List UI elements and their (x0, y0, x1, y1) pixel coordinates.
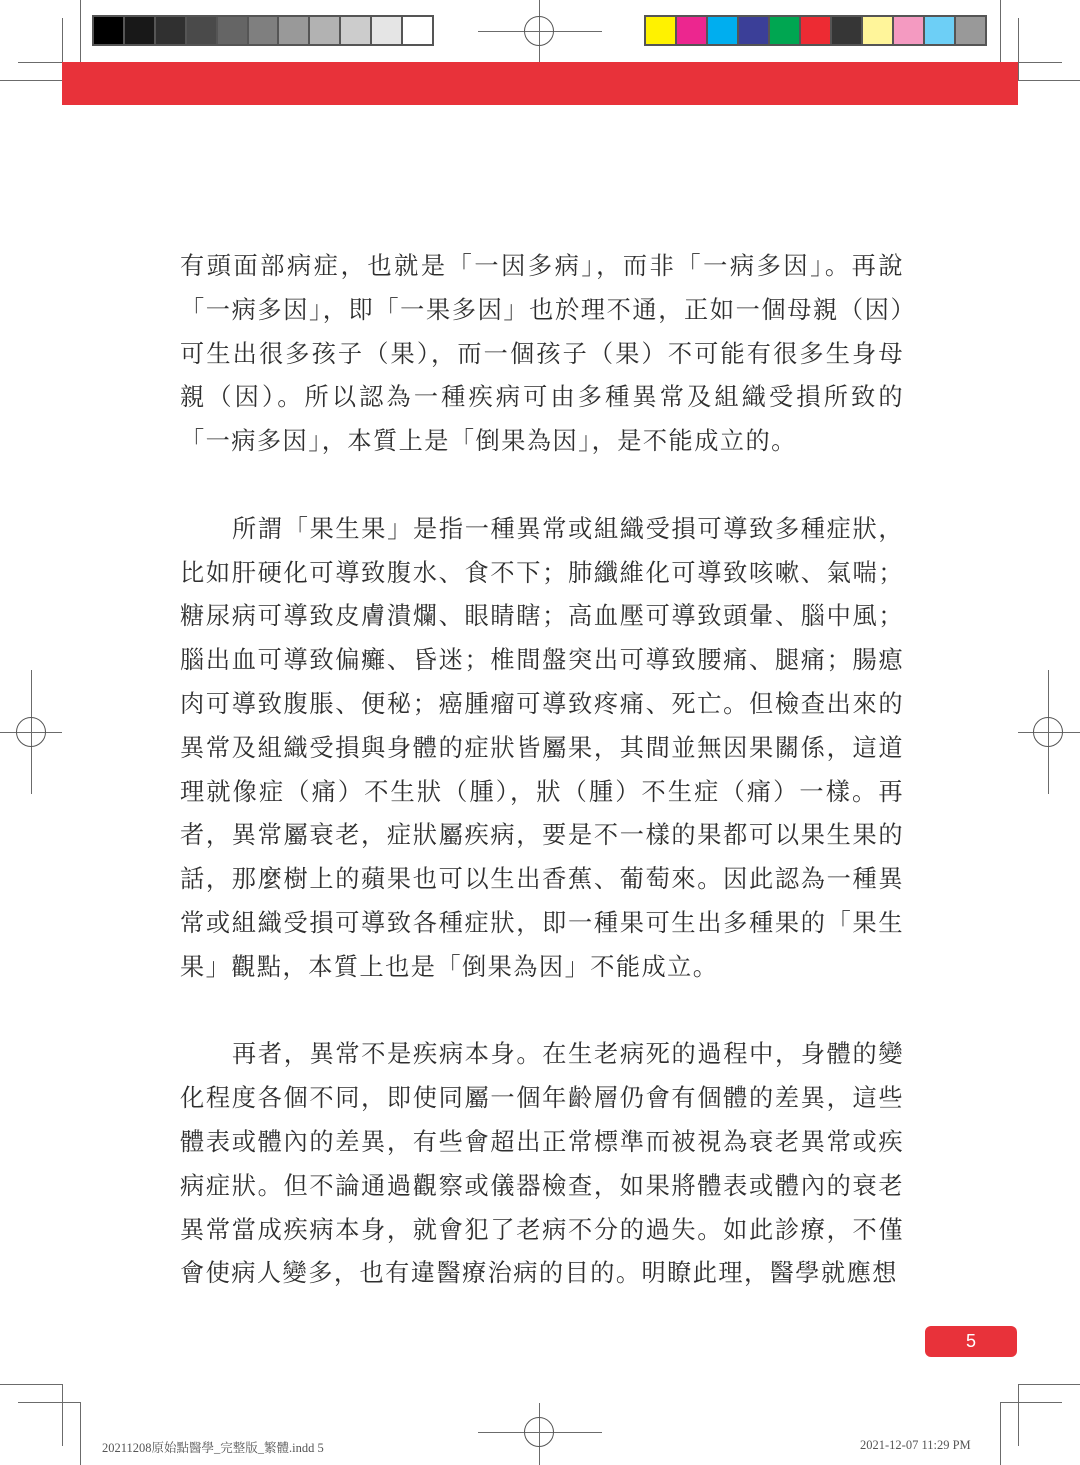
header-red-band (62, 62, 1018, 105)
color-swatch (341, 17, 370, 44)
color-swatch (372, 17, 401, 44)
paragraph-3: 再者，異常不是疾病本身。在生老病死的過程中，身體的變化程度各個不同，即使同屬一個… (180, 1033, 904, 1296)
crop-line (1018, 18, 1019, 80)
color-swatch (646, 17, 675, 44)
crop-line (0, 1384, 62, 1385)
crop-line (1000, 1402, 1001, 1465)
crop-line (1000, 1402, 1062, 1403)
reg-circle-icon (524, 1417, 554, 1447)
color-swatch (279, 17, 308, 44)
paragraph-1: 有頭面部病症，也就是「一因多病」，而非「一病多因」。再說「一病多因」，即「一果多… (180, 245, 904, 464)
color-swatch (94, 17, 123, 44)
color-swatch (770, 17, 799, 44)
color-swatch (403, 17, 432, 44)
color-swatch (956, 17, 985, 44)
color-bar (644, 15, 987, 46)
crop-line (1018, 1384, 1080, 1385)
color-swatch (187, 17, 216, 44)
paragraph-2: 所謂「果生果」是指一種異常或組織受損可導致多種症狀，比如肝硬化可導致腹水、食不下… (180, 508, 904, 990)
crop-line (62, 1384, 63, 1446)
color-swatch (894, 17, 923, 44)
print-timestamp: 2021-12-07 11:29 PM (860, 1438, 971, 1453)
page-number: 5 (966, 1331, 976, 1352)
page-number-badge: 5 (925, 1326, 1017, 1357)
reg-circle-icon (1033, 717, 1063, 747)
crop-line (80, 0, 81, 62)
body-text: 有頭面部病症，也就是「一因多病」，而非「一病多因」。再說「一病多因」，即「一果多… (180, 245, 904, 1296)
color-swatch (156, 17, 185, 44)
color-swatch (708, 17, 737, 44)
file-slug: 20211208原始點醫學_完整版_繁體.indd 5 (102, 1438, 324, 1456)
crop-line (1000, 0, 1001, 62)
color-swatch (801, 17, 830, 44)
color-swatch (677, 17, 706, 44)
color-swatch (739, 17, 768, 44)
reg-circle-icon (16, 717, 46, 747)
color-swatch (125, 17, 154, 44)
crop-line (80, 1402, 81, 1465)
crop-line (1018, 1384, 1019, 1446)
crop-line (1018, 80, 1080, 81)
color-swatch (218, 17, 247, 44)
reg-circle-icon (524, 16, 554, 46)
grayscale-bar (92, 15, 434, 46)
color-swatch (863, 17, 892, 44)
color-swatch (925, 17, 954, 44)
color-swatch (832, 17, 861, 44)
crop-line (0, 80, 62, 81)
color-swatch (310, 17, 339, 44)
crop-line (18, 1402, 80, 1403)
color-swatch (249, 17, 278, 44)
